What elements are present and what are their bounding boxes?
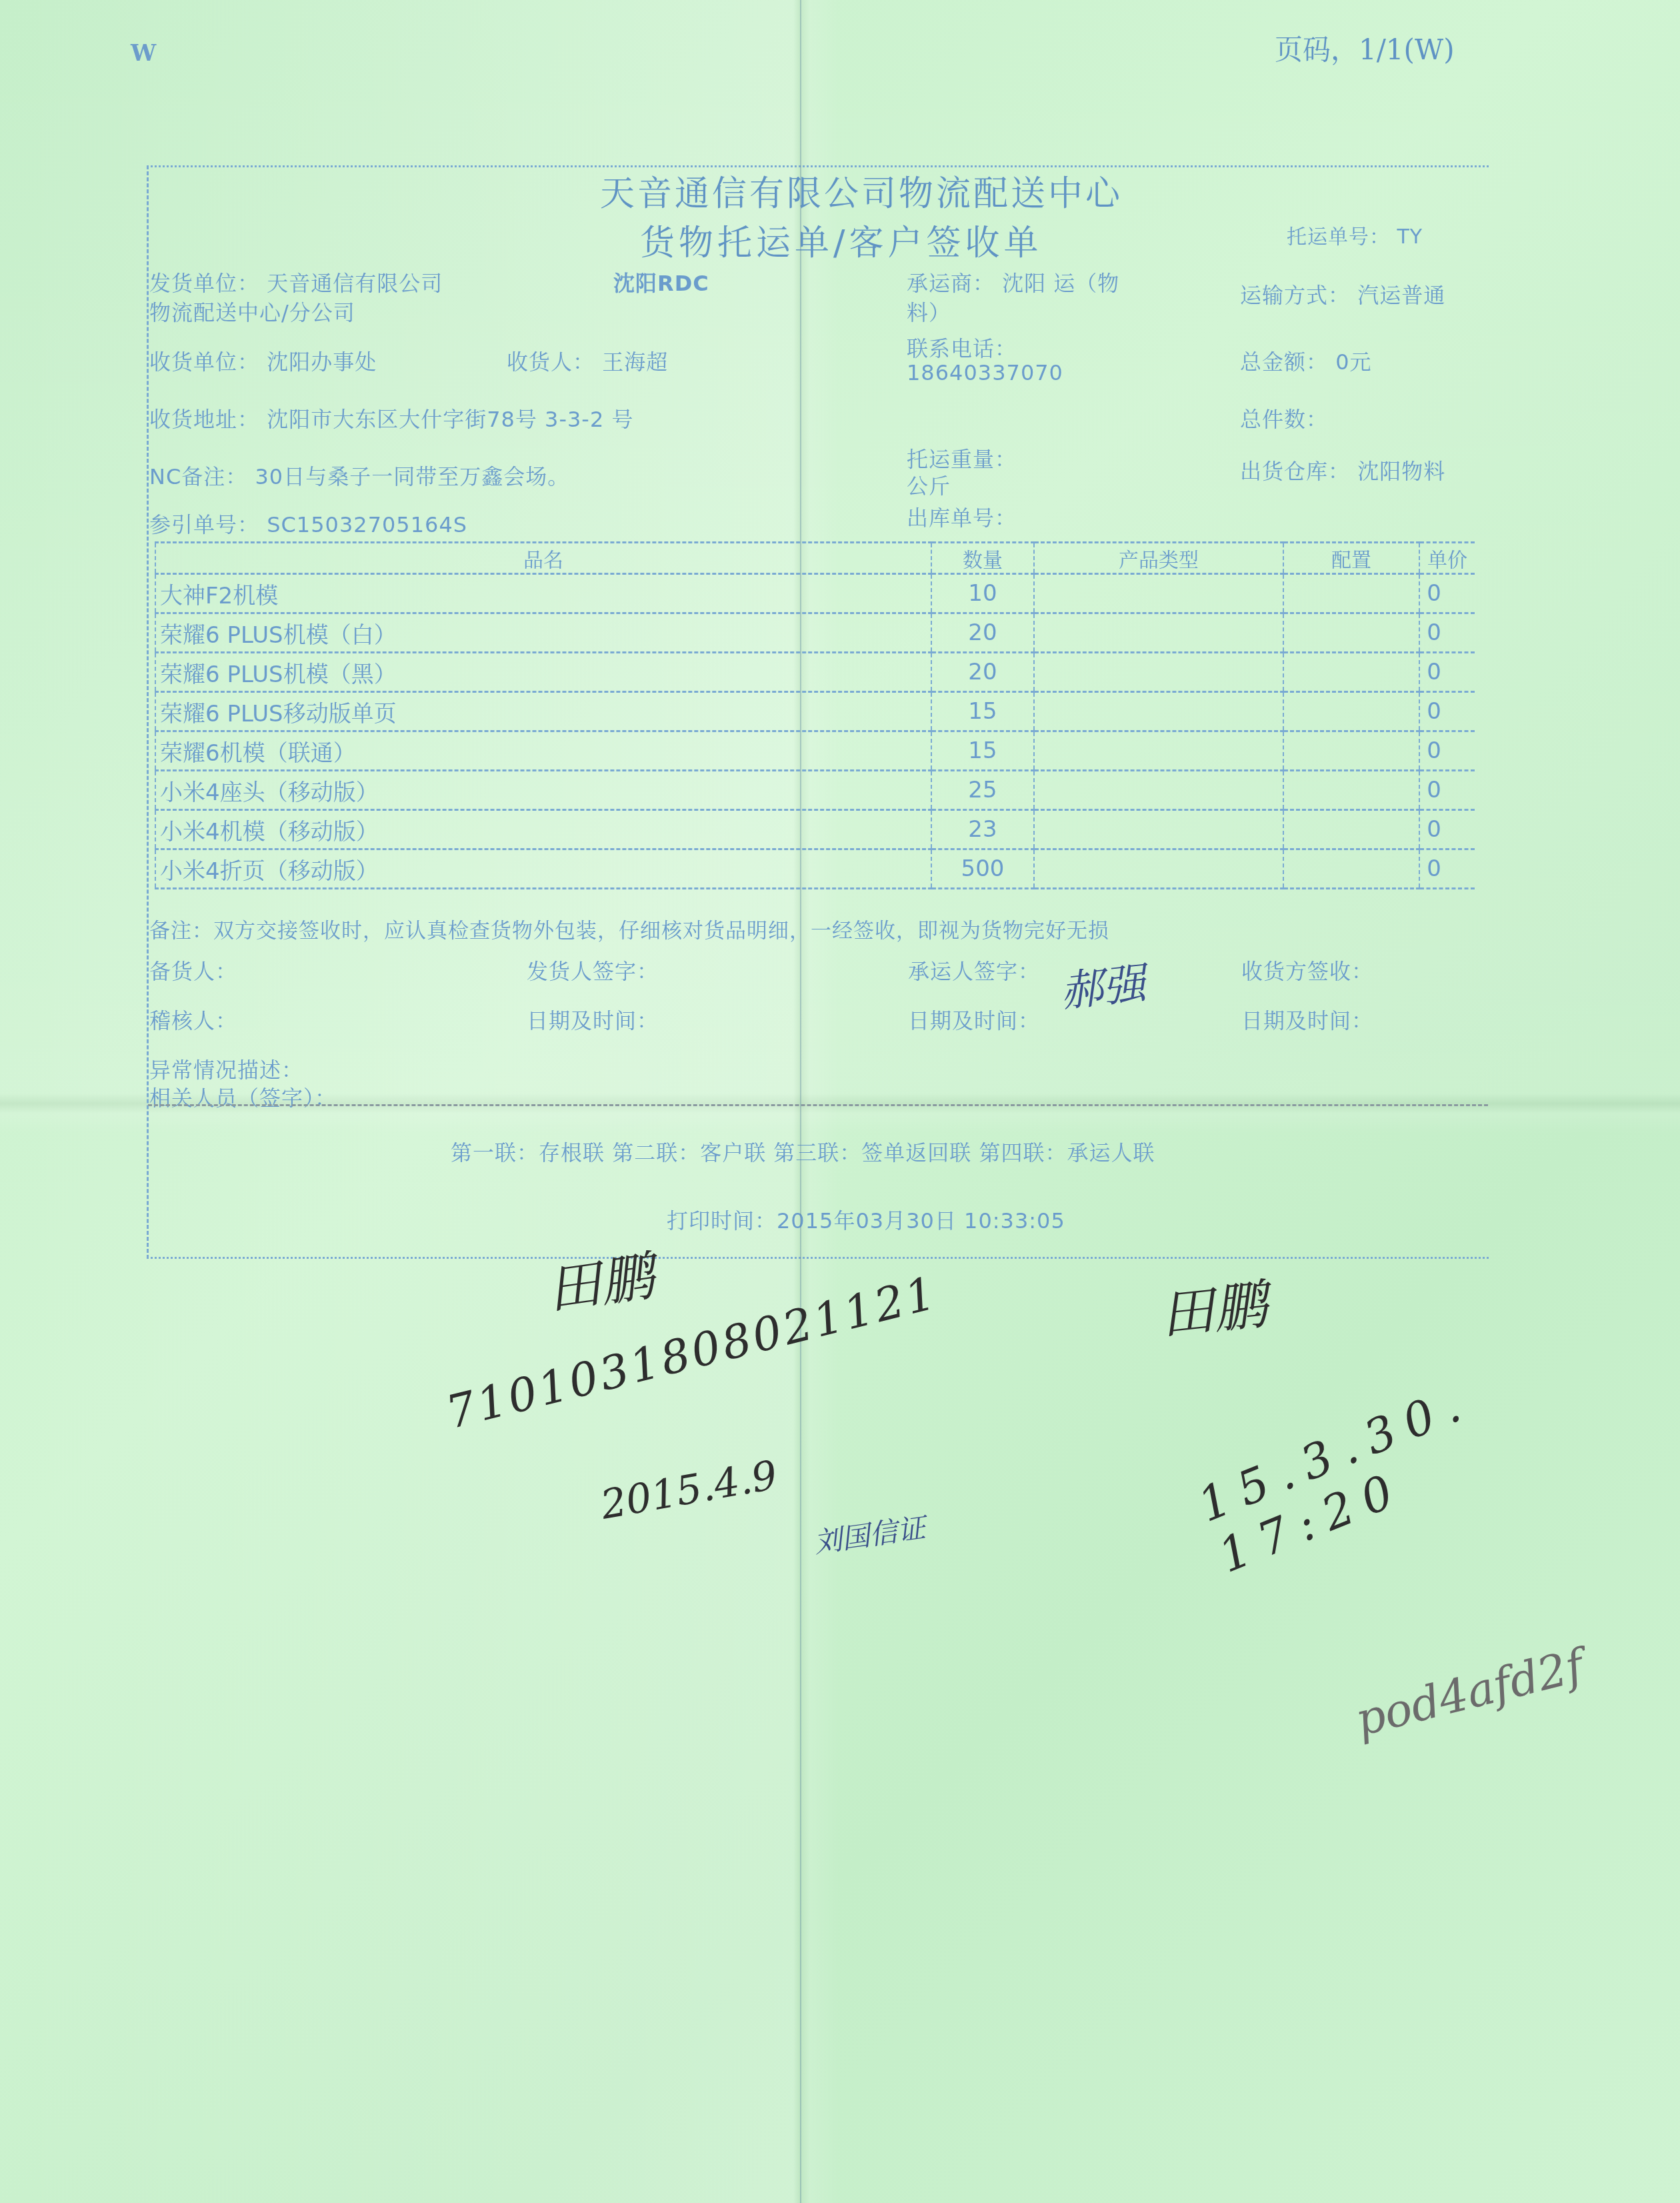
total-amount-field: 总金额： 0元 [1240, 345, 1372, 376]
picker-label: 备货人： [149, 955, 237, 985]
warehouse-field: 出货仓库： 沈阳物料 [1240, 455, 1445, 485]
waybill-value: TY [1397, 225, 1423, 249]
col-type: 产品类型 [1034, 543, 1283, 574]
carrier-field: 承运商： 沈阳 运（物 [907, 267, 1119, 297]
item-qty: 15 [931, 692, 1034, 731]
table-row: 小米4机模（移动版） 23 0 [155, 810, 1475, 849]
item-qty: 20 [931, 613, 1034, 653]
item-name: 小米4座头（移动版） [155, 771, 931, 810]
item-type [1034, 653, 1283, 692]
receiver-person-label: 收货人： [507, 349, 595, 375]
transport-value: 汽运普通 [1357, 283, 1445, 308]
col-name: 品名 [155, 543, 931, 574]
fold-crease-vertical [800, 0, 801, 2203]
table-row: 荣耀6机模（联通） 15 0 [155, 731, 1475, 771]
item-config [1283, 692, 1419, 731]
item-config [1283, 731, 1419, 771]
item-name: 大神F2机模 [155, 574, 931, 613]
item-price: 0 [1419, 613, 1475, 653]
item-type [1034, 731, 1283, 771]
item-config [1283, 613, 1419, 653]
receiver-person-value: 王海超 [602, 349, 668, 375]
total-pieces-label: 总件数： [1240, 407, 1328, 432]
pencil-code: pod4afd2f [1351, 1640, 1589, 1747]
nc-remark-field: NC备注： 30日与桑子一同带至万鑫会场。 [149, 460, 569, 491]
table-row: 荣耀6 PLUS机模（白） 20 0 [155, 613, 1475, 653]
reference-field: 参引单号： SC15032705164S [149, 508, 467, 539]
warehouse-label: 出货仓库： [1240, 459, 1350, 484]
left-note: 刘国信证 [811, 1506, 928, 1562]
right-date-time: 15.3.30. 17:20 [1191, 1300, 1680, 1584]
nc-remark-label: NC备注： [149, 464, 247, 489]
item-name: 荣耀6 PLUS机模（黑） [155, 653, 931, 692]
item-name: 小米4机模（移动版） [155, 810, 931, 849]
receiver-unit-field: 收货单位： 沈阳办事处 [149, 345, 377, 376]
item-qty: 15 [931, 731, 1034, 771]
item-name: 荣耀6 PLUS机模（白） [155, 613, 931, 653]
item-name: 小米4折页（移动版） [155, 849, 931, 889]
receiver-unit-value: 沈阳办事处 [267, 349, 377, 375]
item-qty: 500 [931, 849, 1034, 889]
shipper-sign-label: 发货人签字： [527, 955, 659, 985]
item-name: 荣耀6 PLUS移动版单页 [155, 692, 931, 731]
item-type [1034, 771, 1283, 810]
carrier-sign-label: 承运人签字： [908, 955, 1040, 985]
item-type [1034, 810, 1283, 849]
shipper-label: 发货单位： [149, 271, 259, 296]
checker-label: 稽核人： [149, 1004, 237, 1035]
transport-label: 运输方式： [1240, 283, 1350, 308]
table-row: 荣耀6 PLUS机模（黑） 20 0 [155, 653, 1475, 692]
address-value: 沈阳市大东区大什字街78号 3-3-2 号 [267, 407, 633, 432]
item-price: 0 [1419, 653, 1475, 692]
receiver-unit-label: 收货单位： [149, 349, 259, 375]
corner-mark: W [131, 40, 156, 67]
total-amount-value: 0元 [1335, 349, 1371, 375]
item-type [1034, 692, 1283, 731]
remarks-note: 备注：双方交接签收时，应认真检查货物外包装，仔细核对货品明细，一经签收，即视为货… [149, 913, 1109, 943]
receiver-sign-label: 收货方签收： [1241, 955, 1373, 985]
carrier-value: 沈阳 运（物 [1002, 271, 1119, 296]
address-field: 收货地址： 沈阳市大东区大什字街78号 3-3-2 号 [149, 403, 633, 433]
table-header-row: 品名 数量 产品类型 配置 单价 [155, 543, 1475, 574]
carrier-signature: 郝强 [1057, 949, 1149, 1019]
item-config [1283, 810, 1419, 849]
item-type [1034, 849, 1283, 889]
item-qty: 10 [931, 574, 1034, 613]
item-price: 0 [1419, 810, 1475, 849]
total-pieces-field: 总件数： [1240, 403, 1328, 433]
shipper-dc: 沈阳RDC [613, 267, 709, 297]
item-qty: 23 [931, 810, 1034, 849]
item-qty: 25 [931, 771, 1034, 810]
datetime-label-carrier: 日期及时间： [908, 1004, 1040, 1035]
datetime-label-receiver: 日期及时间： [1241, 1004, 1373, 1035]
item-price: 0 [1419, 574, 1475, 613]
item-price: 0 [1419, 771, 1475, 810]
nc-remark-value: 30日与桑子一同带至万鑫会场。 [255, 464, 569, 489]
outbound-label: 出库单号： [907, 501, 1017, 532]
col-config: 配置 [1283, 543, 1419, 574]
items-table: 品名 数量 产品类型 配置 单价 大神F2机模 10 0 荣耀6 PLUS机模（… [155, 541, 1475, 889]
carrier-value-line2: 料） [907, 296, 951, 327]
table-row: 大神F2机模 10 0 [155, 574, 1475, 613]
table-row: 荣耀6 PLUS移动版单页 15 0 [155, 692, 1475, 731]
item-qty: 20 [931, 653, 1034, 692]
item-price: 0 [1419, 849, 1475, 889]
col-price: 单价 [1419, 543, 1475, 574]
phone-label: 联系电话： [907, 332, 1017, 363]
print-time: 打印时间：2015年03月30日 10:33:05 [667, 1204, 1065, 1235]
col-qty: 数量 [931, 543, 1034, 574]
reference-value: SC15032705164S [267, 512, 467, 537]
reference-label: 参引单号： [149, 512, 259, 537]
receiver-person-field: 收货人： 王海超 [507, 345, 668, 376]
item-config [1283, 849, 1419, 889]
item-config [1283, 574, 1419, 613]
shipper-value-line2: 物流配送中心/分公司 [149, 296, 355, 327]
weight-unit: 公斤 [907, 469, 951, 500]
waybill-label: 托运单号： [1287, 225, 1390, 249]
exception-person-label: 相关人员（签字）： [149, 1081, 337, 1112]
company-title: 天音通信有限公司物流配送中心 [600, 165, 1123, 215]
item-type [1034, 613, 1283, 653]
item-config [1283, 653, 1419, 692]
transport-field: 运输方式： 汽运普通 [1240, 279, 1445, 309]
item-name: 荣耀6机模（联通） [155, 731, 931, 771]
total-amount-label: 总金额： [1240, 349, 1328, 375]
table-row: 小米4座头（移动版） 25 0 [155, 771, 1475, 810]
phone-value: 18640337070 [907, 360, 1063, 385]
page-number: 页码，1/1(W) [1275, 28, 1455, 68]
left-date: 2015.4.9 [597, 1452, 781, 1528]
shipper-field: 发货单位： 天音通信有限公司 [149, 267, 443, 297]
left-signature: 田鹏 [542, 1233, 658, 1324]
right-signature: 田鹏 [1156, 1262, 1270, 1349]
datetime-label-shipper: 日期及时间： [527, 1004, 659, 1035]
waybill-number: 托运单号： TY [1287, 220, 1423, 249]
warehouse-value: 沈阳物料 [1357, 459, 1445, 484]
address-label: 收货地址： [149, 407, 259, 432]
fold-separator [148, 1104, 1488, 1106]
copies-legend: 第一联：存根联 第二联：客户联 第三联：签单返回联 第四联：承运人联 [451, 1136, 1155, 1167]
exception-label: 异常情况描述： [149, 1053, 303, 1084]
shipper-value: 天音通信有限公司 [267, 271, 443, 296]
item-config [1283, 771, 1419, 810]
item-price: 0 [1419, 692, 1475, 731]
document-title: 货物托运单/客户签收单 [640, 215, 1043, 265]
table-row: 小米4折页（移动版） 500 0 [155, 849, 1475, 889]
item-price: 0 [1419, 731, 1475, 771]
carrier-label: 承运商： [907, 271, 995, 296]
item-type [1034, 574, 1283, 613]
left-id-number: 7101031808021121 [441, 1267, 943, 1440]
